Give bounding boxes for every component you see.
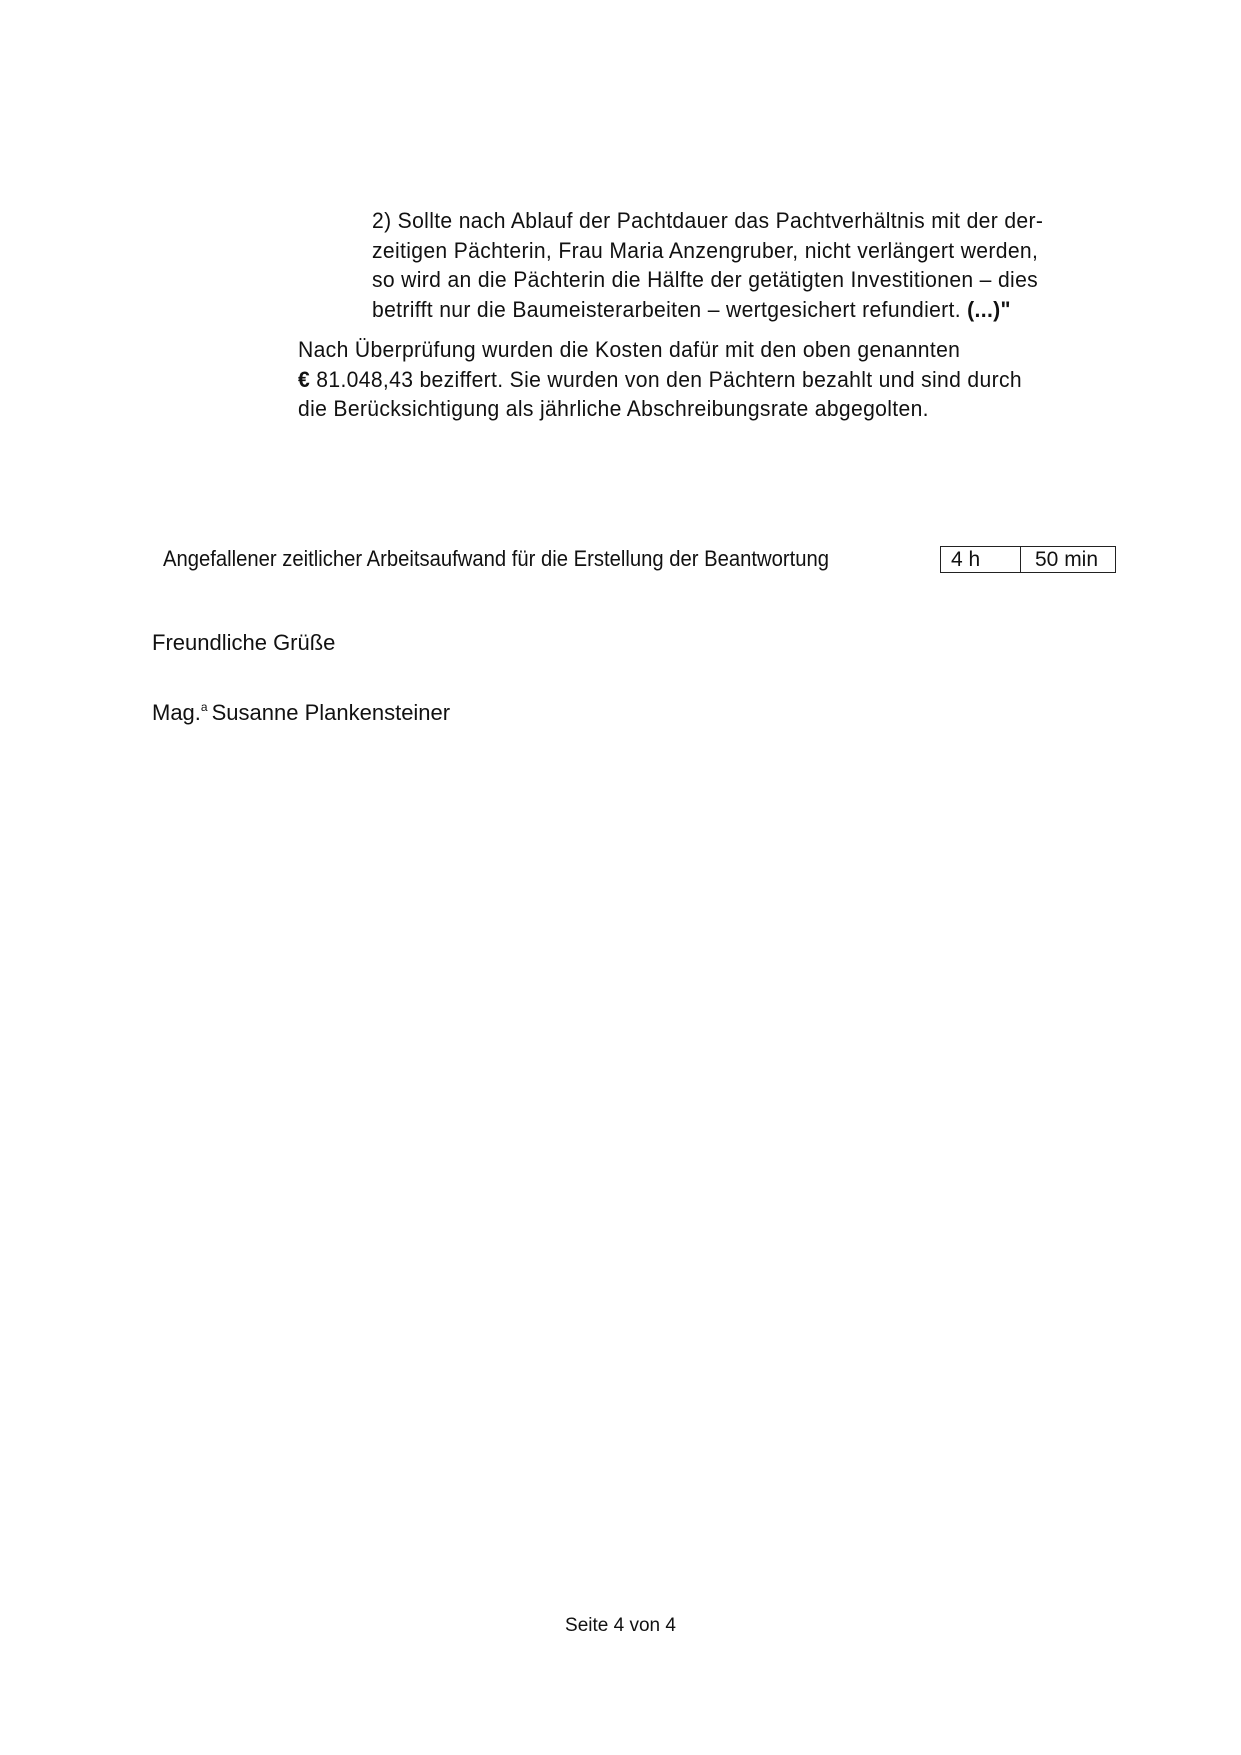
- work-effort-label: Angefallener zeitlicher Arbeitsaufwand f…: [163, 545, 829, 573]
- quote-line: so wird an die Pächterin die Hälfte der …: [372, 265, 1102, 295]
- work-effort-table: 4 h 50 min: [940, 546, 1116, 573]
- euro-symbol: €: [298, 367, 310, 392]
- signer-name: Susanne Plankensteiner: [212, 700, 451, 725]
- work-effort-row: Angefallener zeitlicher Arbeitsaufwand f…: [163, 545, 1123, 573]
- document-page: 2) Sollte nach Ablauf der Pachtdauer das…: [0, 0, 1241, 1755]
- cost-paragraph: Nach Überprüfung wurden die Kosten dafür…: [298, 335, 1095, 424]
- effort-minutes: 50 min: [1021, 547, 1115, 572]
- paragraph-line-text: 81.048,43 beziffert. Sie wurden von den …: [310, 367, 1022, 392]
- title-superscript: a: [201, 700, 208, 714]
- paragraph-line: € 81.048,43 beziffert. Sie wurden von de…: [298, 365, 1095, 395]
- closing-greeting: Freundliche Grüße: [152, 629, 335, 657]
- effort-hours: 4 h: [941, 547, 1021, 572]
- quoted-contract-clause: 2) Sollte nach Ablauf der Pachtdauer das…: [372, 206, 1102, 324]
- page-number-footer: Seite 4 von 4: [0, 1614, 1241, 1638]
- paragraph-line: die Berücksichtigung als jährliche Absch…: [298, 394, 1095, 424]
- quote-line: 2) Sollte nach Ablauf der Pachtdauer das…: [372, 206, 1102, 236]
- signature: Mag.aSusanne Plankensteiner: [152, 699, 450, 730]
- quote-line: zeitigen Pächterin, Frau Maria Anzengrub…: [372, 236, 1102, 266]
- paragraph-line: Nach Überprüfung wurden die Kosten dafür…: [298, 335, 1095, 365]
- quote-ellipsis: (...)": [961, 297, 1011, 322]
- academic-title: Mag.: [152, 700, 201, 725]
- quote-line-text: betrifft nur die Baumeisterarbeiten – we…: [372, 297, 961, 322]
- quote-line-last: betrifft nur die Baumeisterarbeiten – we…: [372, 295, 1102, 325]
